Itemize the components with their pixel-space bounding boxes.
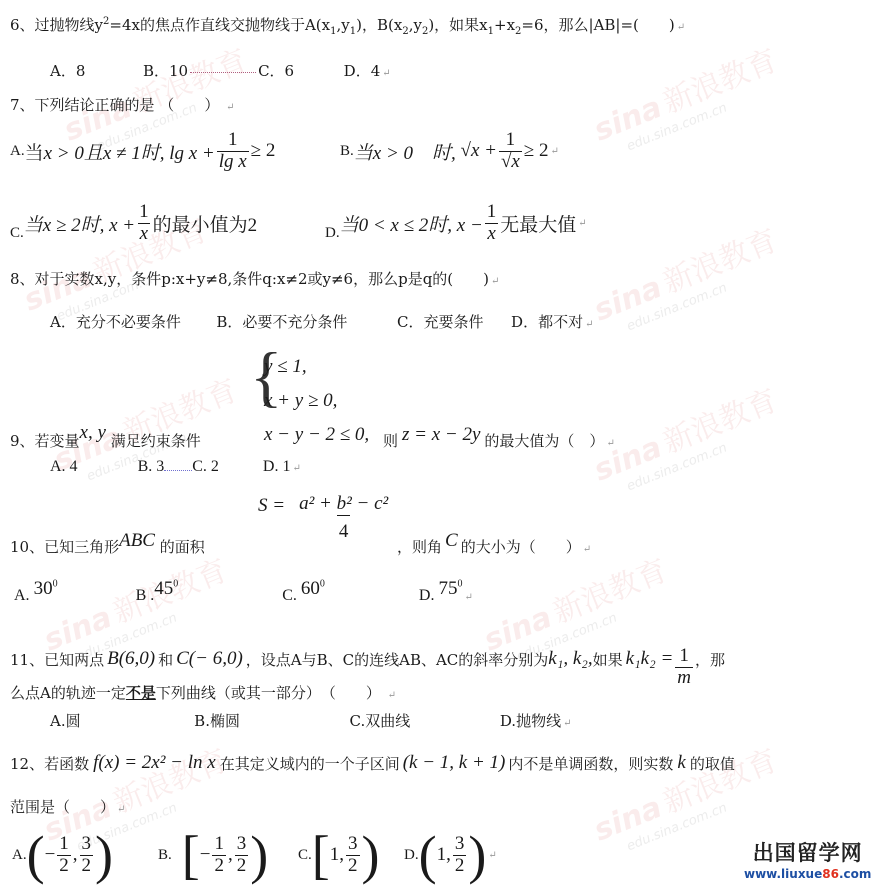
option-b: B. 3 bbox=[138, 458, 165, 475]
option-d: D.抛物线 bbox=[500, 712, 561, 730]
q7-option-c: C.当x ≥ 2时, x + 1x 的最小值为2 bbox=[10, 202, 257, 245]
q11-options: A.圆 B.椭圆 C.双曲线 D.抛物线↵ bbox=[50, 710, 571, 731]
option-d: D. 1 bbox=[263, 458, 291, 475]
watermark: sina 新浪教育edu.sina.com.cn bbox=[586, 36, 788, 164]
option-b: B.椭圆 bbox=[194, 712, 240, 730]
q7-option-a: A.当 x > 0且x ≠ 1时, lg x + 1lg x ≥ 2 bbox=[10, 130, 275, 173]
option-d: D．都不对 bbox=[511, 313, 583, 331]
q9-constraints: y ≤ 1, x + y ≥ 0, x − y − 2 ≤ 0, bbox=[264, 350, 369, 452]
q10-stem-b: ，则角C的大小为（ ）↵ bbox=[397, 536, 591, 558]
q12-line2: 范围是（ ）↵ bbox=[10, 796, 125, 817]
q12-option-d: D. ( 1, 32 )↵ bbox=[404, 828, 497, 882]
q9-stem-a: 9、若变量x, y 满足约束条件 bbox=[10, 430, 201, 452]
q12-stem: 12、若函数 f(x) = 2x² − ln x 在其定义域内的一个子区间 (k… bbox=[10, 752, 735, 774]
option-d: D．4 bbox=[344, 62, 381, 80]
option-d: D. 750 bbox=[419, 587, 463, 604]
q7-stem: 7、下列结论正确的是 （ ） ↵ bbox=[10, 94, 235, 115]
q12-option-c: C. [ 1, 32 ) bbox=[298, 828, 379, 882]
q10-stem-a: 10、已知三角形ABC 的面积 bbox=[10, 536, 205, 558]
option-a: A.圆 bbox=[50, 712, 81, 730]
q7-option-d: D.当0 < x ≤ 2时, x − 1x 无最大值↵ bbox=[325, 202, 587, 245]
logo-title: 出国留学网 bbox=[744, 837, 871, 867]
site-logo[interactable]: 出国留学网 www.liuxue86.com bbox=[744, 837, 871, 881]
q12-option-b: B. [ − 12, 32 ) bbox=[158, 828, 268, 882]
option-c: C.双曲线 bbox=[350, 712, 411, 730]
option-b: B .450 bbox=[136, 587, 179, 604]
q10-area-formula: S = a² + b² − c²4 bbox=[258, 494, 398, 543]
option-a: A．8 bbox=[50, 62, 85, 80]
q7-option-b: B.当x > 0 时, √x + 1√x ≥ 2↵ bbox=[340, 130, 559, 173]
logo-url[interactable]: www.liuxue86.com bbox=[744, 867, 871, 881]
option-c: C．6 bbox=[258, 62, 294, 80]
q6-stem: 6、过抛物线y2=4x的焦点作直线交抛物线于A(x1,y1)，B(x2,y2)，… bbox=[10, 14, 685, 37]
watermark: sina 新浪教育edu.sina.com.cn bbox=[586, 376, 788, 504]
q12-option-a: A. ( − 12, 32 ) bbox=[12, 828, 113, 882]
option-a: A. 300 bbox=[14, 587, 58, 604]
q9-stem-b: 则z = x − 2y的最大值为（ ）↵ bbox=[383, 430, 615, 452]
q11-line2: 么点A的轨迹一定不是下列曲线（或其一部分） （ ） ↵ bbox=[10, 682, 396, 703]
q6-options: A．8 B．10C．6 D．4↵ bbox=[50, 60, 391, 81]
option-c: C. 600 bbox=[282, 587, 325, 604]
watermark: sina 新浪教育edu.sina.com.cn bbox=[586, 216, 788, 344]
option-b: B．10 bbox=[143, 62, 188, 80]
option-c: C．充要条件 bbox=[397, 313, 483, 331]
q11-stem: 11、已知两点 B(6,0) 和 C(− 6,0) ，设点A与B、C的连线AB、… bbox=[10, 638, 725, 681]
q8-stem: 8、对于实数x,y，条件p:x+y≠8,条件q:x≠2或y≠6，那么p是q的( … bbox=[10, 268, 499, 289]
option-b: B．必要不充分条件 bbox=[216, 313, 347, 331]
option-c: C. 2 bbox=[192, 458, 219, 475]
q9-options: A. 4 B. 3C. 2 D. 1↵ bbox=[50, 458, 301, 476]
option-a: A．充分不必要条件 bbox=[50, 313, 181, 331]
q10-options: A. 300 B .450 C. 600 D. 750↵ bbox=[14, 584, 473, 606]
q8-options: A．充分不必要条件 B．必要不充分条件 C．充要条件 D．都不对↵ bbox=[50, 311, 593, 332]
option-a: A. 4 bbox=[50, 458, 78, 475]
